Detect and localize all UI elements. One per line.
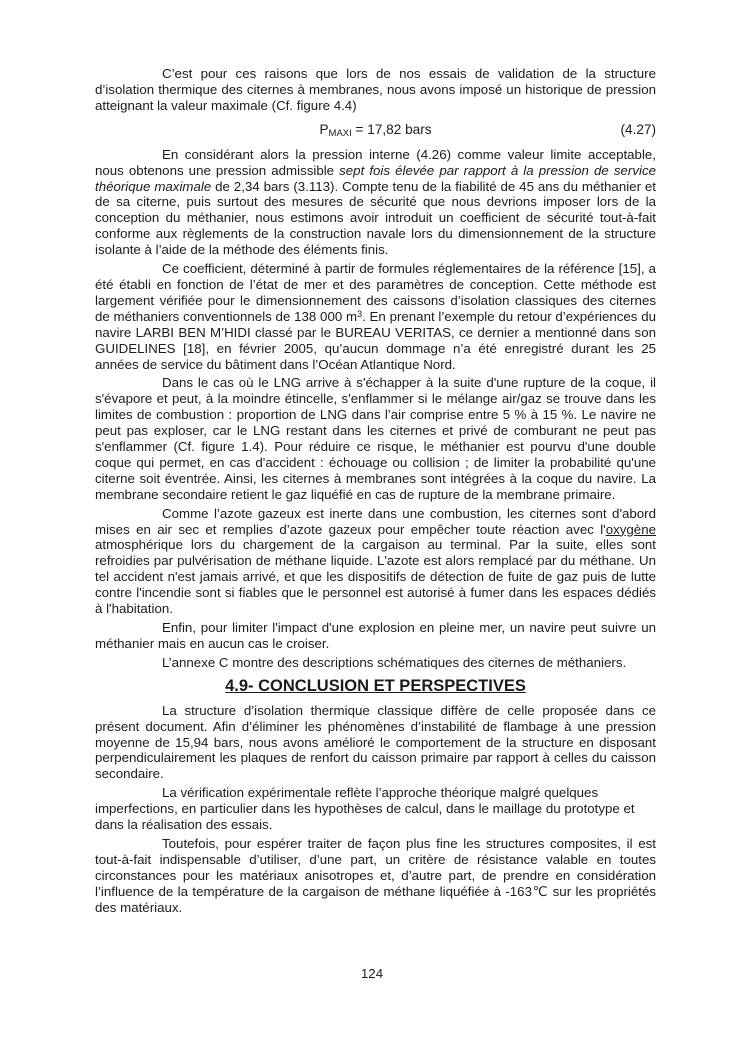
paragraph: C’est pour ces raisons que lors de nos e… — [95, 66, 656, 114]
text-segment: Toutefois, pour espérer traiter de façon… — [95, 836, 656, 915]
paragraph: L’annexe C montre des descriptions schém… — [95, 655, 656, 671]
paragraph: La structure d’isolation thermique class… — [95, 703, 656, 783]
equation-number: (4.27) — [620, 122, 656, 138]
paragraph: Toutefois, pour espérer traiter de façon… — [95, 836, 656, 916]
text-segment: atmosphérique lors du chargement de la c… — [95, 537, 656, 616]
text-segment: La vérification expérimentale reflète l’… — [95, 785, 635, 832]
text-segment: Enfin, pour limiter l'impact d'une explo… — [95, 620, 656, 651]
text-segment: Dans le cas où le LNG arrive à s'échappe… — [95, 375, 656, 501]
paragraph: En considérant alors la pression interne… — [95, 147, 656, 258]
text-segment: C’est pour ces raisons que lors de nos e… — [95, 66, 656, 113]
section-heading: 4.9- CONCLUSION ET PERSPECTIVES — [95, 676, 656, 696]
paragraph: Dans le cas où le LNG arrive à s'échappe… — [95, 375, 656, 502]
page-number: 124 — [0, 966, 744, 982]
document-body: C’est pour ces raisons que lors de nos e… — [95, 66, 656, 919]
text-segment: MAXI — [329, 128, 352, 139]
text-segment: P — [319, 122, 328, 137]
text-segment: L’annexe C montre des descriptions schém… — [162, 655, 626, 670]
paragraph: Enfin, pour limiter l'impact d'une explo… — [95, 620, 656, 652]
paragraph: Comme l’azote gazeux est inerte dans une… — [95, 506, 656, 617]
equation-row: PMAXI = 17,82 bars(4.27) — [95, 122, 656, 138]
document-page: C’est pour ces raisons que lors de nos e… — [0, 0, 744, 1053]
paragraph: Ce coefficient, déterminé à partir de fo… — [95, 261, 656, 372]
paragraph: La vérification expérimentale reflète l’… — [95, 785, 656, 833]
text-segment: = 17,82 bars — [352, 122, 432, 137]
equation-formula: PMAXI = 17,82 bars — [319, 122, 431, 137]
text-segment: 3 — [357, 309, 362, 319]
text-segment: Comme l’azote gazeux est inerte dans une… — [95, 506, 656, 537]
text-segment: oxygène — [606, 522, 656, 537]
text-segment: La structure d’isolation thermique class… — [95, 703, 656, 782]
